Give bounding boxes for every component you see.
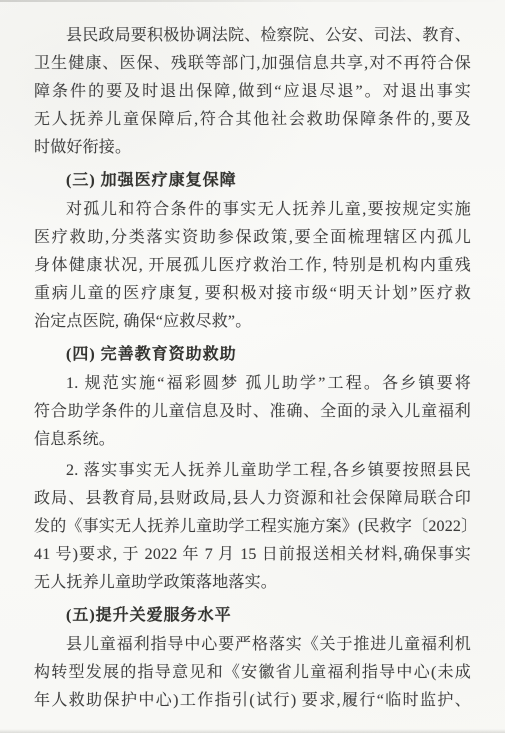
section-heading: (四) 完善教育资助救助 bbox=[34, 341, 471, 369]
text-line: 无人抚养儿童保障后,符合其他社会救助保障条件的,要及 bbox=[34, 106, 471, 134]
section-heading: (五)提升关爱服务水平 bbox=[34, 602, 471, 630]
text-line: 对孤儿和符合条件的事实无人抚养儿童,要按规定实施 bbox=[34, 196, 471, 224]
paragraph: 对孤儿和符合条件的事实无人抚养儿童,要按规定实施医疗救助,分类落实资助参保政策,… bbox=[34, 196, 471, 336]
paragraph: 2. 落实事实无人抚养儿童助学工程,各乡镇要按照县民政局、县教育局,县财政局,县… bbox=[34, 457, 471, 597]
text-line: 重病儿童的医疗康复, 要积极对接市级“明天计划”医疗救 bbox=[34, 280, 471, 308]
text-line: 县民政局要积极协调法院、检察院、公安、司法、教育、 bbox=[34, 22, 471, 50]
paragraph: 县民政局要积极协调法院、检察院、公安、司法、教育、卫生健康、医保、残联等部门,加… bbox=[34, 22, 471, 162]
text-line: 卫生健康、医保、残联等部门,加强信息共享,对不再符合保 bbox=[34, 50, 471, 78]
text-line: 身体健康状况, 开展孤儿医疗救治工作, 特别是机构内重残 bbox=[34, 252, 471, 280]
heading-text: (五)提升关爱服务水平 bbox=[34, 602, 471, 630]
section-heading: (三) 加强医疗康复保障 bbox=[34, 167, 471, 195]
paragraph: 1. 规范实施“福彩圆梦 孤儿助学”工程。各乡镇要将符合助学条件的儿童信息及时、… bbox=[34, 370, 471, 454]
text-line: 年人救助保护中心)工作指引(试行) 要求,履行“临时监护、 bbox=[34, 687, 471, 715]
document-page: 县民政局要积极协调法院、检察院、公安、司法、教育、卫生健康、医保、残联等部门,加… bbox=[0, 0, 505, 733]
document-body: 县民政局要积极协调法院、检察院、公安、司法、教育、卫生健康、医保、残联等部门,加… bbox=[34, 22, 471, 715]
text-line: 构转型发展的指导意见和《安徽省儿童福利指导中心(未成 bbox=[34, 659, 471, 687]
text-line: 障条件的要及时退出保障,做到“应退尽退”。对退出事实 bbox=[34, 78, 471, 106]
text-line: 2. 落实事实无人抚养儿童助学工程,各乡镇要按照县民 bbox=[34, 457, 471, 485]
text-line: 县儿童福利指导中心要严格落实《关于推进儿童福利机 bbox=[34, 631, 471, 659]
scan-edge-bottom bbox=[0, 729, 505, 733]
text-line: 治定点医院, 确保“应救尽救”。 bbox=[34, 308, 471, 336]
text-line: 1. 规范实施“福彩圆梦 孤儿助学”工程。各乡镇要将 bbox=[34, 370, 471, 398]
paragraph: 县儿童福利指导中心要严格落实《关于推进儿童福利机构转型发展的指导意见和《安徽省儿… bbox=[34, 631, 471, 715]
heading-text: (四) 完善教育资助救助 bbox=[34, 341, 471, 369]
text-line: 发的《事实无人抚养儿童助学工程实施方案》(民救字〔2022〕 bbox=[34, 513, 471, 541]
text-line: 无人抚养儿童助学政策落地落实。 bbox=[34, 569, 471, 597]
heading-text: (三) 加强医疗康复保障 bbox=[34, 167, 471, 195]
text-line: 时做好衔接。 bbox=[34, 134, 471, 162]
scan-edge-top bbox=[0, 0, 505, 2]
text-line: 政局、县教育局,县财政局,县人力资源和社会保障局联合印 bbox=[34, 485, 471, 513]
text-line: 符合助学条件的儿童信息及时、准确、全面的录入儿童福利 bbox=[34, 398, 471, 426]
text-line: 41 号)要求, 于 2022 年 7 月 15 日前报送相关材料,确保事实 bbox=[34, 541, 471, 569]
text-line: 信息系统。 bbox=[34, 426, 471, 454]
text-line: 医疗救助,分类落实资助参保政策,要全面梳理辖区内孤儿 bbox=[34, 224, 471, 252]
